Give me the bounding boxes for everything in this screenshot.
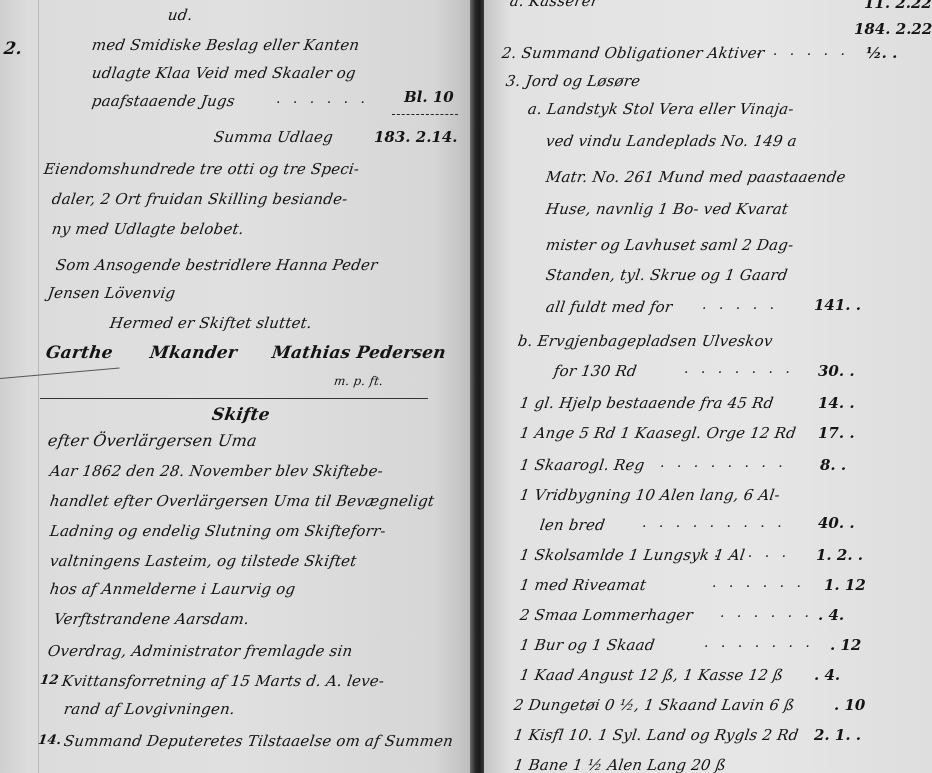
text-line: hos af Anmelderne i Laurvig og [49, 580, 297, 598]
text-line: Verftstrandene Aarsdam. [53, 610, 251, 628]
margin-number-2: 2. [3, 40, 24, 58]
item-a-line: Huse, navnlig 1 Bo- ved Kvarat [545, 200, 790, 218]
item-2-amount: ½. . [866, 44, 897, 62]
text-line: udlagte Klaa Veid med Skaaler og [91, 64, 357, 82]
entry-line: Kvittansforretning af 15 Marts d. A. lev… [61, 672, 386, 690]
leader-dots: · · · · · · · · · [642, 518, 786, 536]
item-amount: 8. . [820, 456, 846, 474]
item-amount: 14. . [818, 394, 855, 412]
item-label: 1 gl. Hjelp bestaaende fra 45 Rd [519, 394, 775, 412]
signature-note: m. p. ft. [333, 372, 385, 390]
text-line: handlet efter Overlärgersen Uma til Bevæ… [49, 492, 436, 510]
margin-rule [38, 0, 39, 773]
section-subtitle: efter Överlärgersen Uma [47, 432, 258, 450]
item-2-label: 2. Summand Obligationer Aktiver [501, 44, 766, 62]
item-label: 1 Skaarogl. Reg [519, 456, 646, 474]
top-amount-2: 184. 2.22. [854, 20, 932, 38]
item-label: 1 Vridbygning 10 Alen lang, 6 Al- [519, 486, 781, 504]
top-amount-1: 11. 2.22. [864, 0, 932, 12]
leader-dots: · · · · · · [720, 608, 813, 626]
signature-right: Mathias Pedersen [271, 344, 447, 362]
summa-amount: 183. 2.14. [374, 128, 458, 146]
item-label: len bred [539, 516, 606, 534]
text-line: valtningens Lasteim, og tilstede Skiftet [49, 552, 358, 570]
item-amount: 1. 12 [824, 576, 866, 594]
item-amount: . 10 [834, 696, 865, 714]
text-line: Eiendomshundrede tre otti og tre Speci- [43, 160, 361, 178]
entry-line: rand af Lovgivningen. [63, 700, 237, 718]
item-a-line: mister og Lavhuset saml 2 Dag- [545, 236, 795, 254]
signature-left: Garthe [45, 344, 114, 362]
item-3-label: 3. Jord og Løsøre [505, 72, 642, 90]
item-amount: . 12 [830, 636, 861, 654]
leader-dots: · · · · · · [712, 578, 805, 596]
item-amount: 17. . [818, 424, 855, 442]
left-page: 2. ud. med Smidiske Beslag eller Kanten … [0, 0, 472, 773]
text-line: daler, 2 Ort fruidan Skilling besiande- [51, 190, 349, 208]
signature-middle: Mkander [149, 344, 239, 362]
leader-dots: · · · · · · [276, 94, 369, 112]
item-label: 1 Bane 1 ½ Alen Lang 20 ß [513, 756, 727, 773]
entry-line: Overdrag, Administrator fremlagde sin [47, 642, 354, 660]
item-label: 1 med Riveamat [519, 576, 648, 594]
item-label: 1 Kisfl 10. 1 Syl. Land og Rygls 2 Rd [513, 726, 800, 744]
dashed-rule [392, 114, 458, 116]
item-amount: . 4. [818, 606, 844, 624]
summa-label: Summa Udlaeg [213, 128, 334, 146]
text-line: Jensen Lövenvig [47, 284, 177, 302]
ledger-spread: 2. ud. med Smidiske Beslag eller Kanten … [0, 0, 932, 773]
right-page: a. Kasserer 11. 2.22. 184. 2.22. 2. Summ… [484, 0, 932, 773]
item-a-amount: 141. . [814, 296, 861, 314]
text-line: Som Ansogende bestridlere Hanna Peder [55, 256, 379, 274]
item-a-line: Standen, tyl. Skrue og 1 Gaard [545, 266, 789, 284]
item-label: 1 Ange 5 Rd 1 Kaasegl. Orge 12 Rd [519, 424, 798, 442]
closing-line: Hermed er Skiftet sluttet. [109, 314, 313, 332]
section-title: Skifte [211, 406, 271, 424]
text-line: Aar 1862 den 28. November blev Skiftebe- [49, 462, 385, 480]
entry-line: Summand Deputeretes Tilstaaelse om af Su… [63, 732, 455, 750]
item-label: 2 Smaa Lommerhager [519, 606, 694, 624]
text-line: paafstaaende Jugs [91, 92, 236, 110]
leader-dots: · · · · · · [756, 46, 849, 64]
margin-number-14: 14. [37, 732, 63, 750]
text-line-partial: a. Kasserer [509, 0, 600, 10]
leader-dots: · · · · · [702, 300, 778, 318]
margin-number-12: 12 [39, 672, 60, 690]
item-amount: 2. 1. . [814, 726, 861, 744]
leader-dots: · · · · · · · [684, 364, 794, 382]
item-b-line: b. Ervgjenbagepladsen Ulveskov [517, 332, 774, 350]
item-label: 1 Bur og 1 Skaad [519, 636, 656, 654]
text-line: ny med Udlagte belobet. [51, 220, 245, 238]
item-amount: 1. 2. . [816, 546, 863, 564]
item-a-line: a. Landstyk Stol Vera eller Vinaja- [527, 100, 795, 118]
item-b-line: for 130 Rd [553, 362, 638, 380]
item-label: 2 Dungetøi 0 ½, 1 Skaand Lavin 6 ß [513, 696, 796, 714]
item-a-line: Matr. No. 261 Mund med paastaaende [545, 168, 847, 186]
item-label: 1 Kaad Angust 12 ß, 1 Kasse 12 ß [519, 666, 785, 684]
item-amount: . 4. [814, 666, 840, 684]
section-divider [40, 398, 428, 399]
signature-flourish [0, 368, 120, 379]
item-b-amount: 30. . [818, 362, 855, 380]
leader-dots: · · · · · · · · [660, 458, 787, 476]
item-a-line: ved vindu Landeplads No. 149 a [545, 132, 798, 150]
text-line: med Smidiske Beslag eller Kanten [91, 36, 361, 54]
text-line: Ladning og endelig Slutning om Skiftefor… [49, 522, 387, 540]
text-line: ud. [167, 6, 194, 24]
top-amount: Bl. 10 [404, 88, 454, 106]
item-label: 1 Skolsamlde 1 Lungsyk 1 Al [519, 546, 747, 564]
leader-dots: · · · · · · · [704, 638, 814, 656]
item-amount: 40. . [818, 514, 855, 532]
item-a-line: all fuldt med for [545, 298, 674, 316]
leader-dots: · · · · · [714, 548, 790, 566]
